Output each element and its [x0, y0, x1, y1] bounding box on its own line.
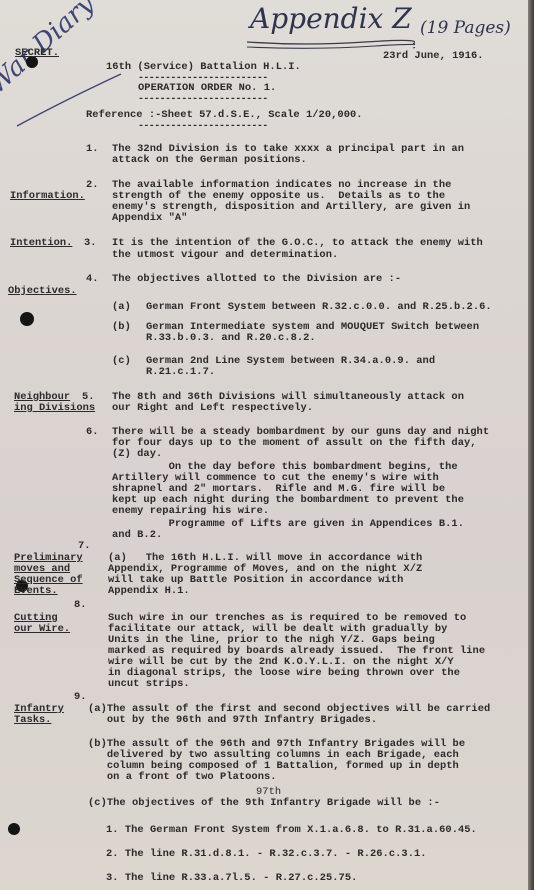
- para-9a-text: out by the 96th and 97th Infantry Brigad…: [88, 715, 377, 726]
- map-reference: Reference :-Sheet 57.d.S.E., Scale 1/20,…: [86, 110, 363, 121]
- margin-label-preliminary: Events.: [14, 586, 58, 597]
- punch-hole: [8, 823, 20, 835]
- para-6-text: Programme of Lifts are given in Appendic…: [112, 519, 464, 530]
- objective-mark: (b): [112, 322, 131, 333]
- para-number: 2.: [86, 180, 99, 191]
- para-6-text: (Z) day.: [112, 449, 162, 460]
- document-page: Appendix Z (19 Pages) War Diary SECRET. …: [0, 0, 528, 890]
- punch-hole: [20, 312, 34, 326]
- para-number: 8.: [74, 600, 87, 611]
- classification-label: SECRET.: [15, 48, 59, 59]
- margin-label-infantry: Tasks.: [14, 715, 51, 726]
- margin-label-cutting: our Wire.: [14, 624, 70, 635]
- divider: ------------------------: [138, 121, 268, 132]
- order-title: OPERATION ORDER No. 1.: [138, 83, 276, 94]
- para-number: 1.: [86, 144, 99, 155]
- margin-label-objectives: Objectives.: [8, 286, 77, 297]
- unit-name: 16th (Service) Battalion H.L.I.: [106, 62, 301, 73]
- objective-text: R.33.b.0.3. and R.20.c.8.2.: [146, 333, 316, 344]
- para-4-intro: The objectives allotted to the Division …: [112, 274, 401, 285]
- para-5-text: our Right and Left respectively.: [112, 403, 313, 414]
- para-number: 9.: [74, 692, 87, 703]
- objective-mark: (a): [112, 302, 131, 313]
- para-3-text: the utmost vigour and determination.: [112, 250, 338, 261]
- war-diary-stroke: [15, 70, 125, 130]
- para-number: 6.: [86, 427, 99, 438]
- appendix-annotation: Appendix Z: [250, 2, 412, 35]
- para-7-text: Appendix H.1.: [108, 586, 190, 597]
- para-number: 3.: [84, 238, 97, 249]
- para-2-text: Appendix "A": [112, 213, 187, 224]
- para-6-text: for four days up to the moment of assult…: [112, 438, 477, 449]
- document-date: 23rd June, 1916.: [383, 51, 484, 62]
- para-6-text: and B.2.: [112, 530, 162, 541]
- objective-text: German Front System between R.32.c.0.0. …: [146, 302, 492, 313]
- para-6-text: enemy repairing his wire.: [112, 506, 269, 517]
- margin-label-intention: Intention.: [10, 238, 72, 249]
- margin-label-information: Information.: [10, 191, 85, 202]
- para-number: 4.: [86, 274, 99, 285]
- objective-text: R.21.c.1.7.: [146, 367, 215, 378]
- objective-line: 2. The line R.31.d.8.1. - R.32.c.3.7. - …: [106, 849, 427, 860]
- para-9c-text: (c)The objectives of the 9th Infantry Br…: [88, 798, 440, 809]
- objective-mark: (c): [112, 356, 131, 367]
- pages-annotation: (19 Pages): [420, 18, 511, 38]
- para-8-text: uncut strips.: [108, 679, 190, 690]
- objective-line: 3. The line R.33.a.7l.5. - R.27.c.25.75.: [106, 873, 357, 884]
- para-9b-text: on a front of two Platoons.: [88, 772, 277, 783]
- objective-line: 1. The German Front System from X.1.a.6.…: [106, 825, 477, 836]
- margin-label-neighbouring: ing Divisions: [14, 403, 95, 414]
- para-1-text: attack on the German positions.: [112, 155, 307, 166]
- divider: ------------------------: [138, 94, 268, 105]
- para-number: 7.: [78, 541, 91, 552]
- para-3-text: It is the intention of the G.O.C., to at…: [112, 238, 483, 249]
